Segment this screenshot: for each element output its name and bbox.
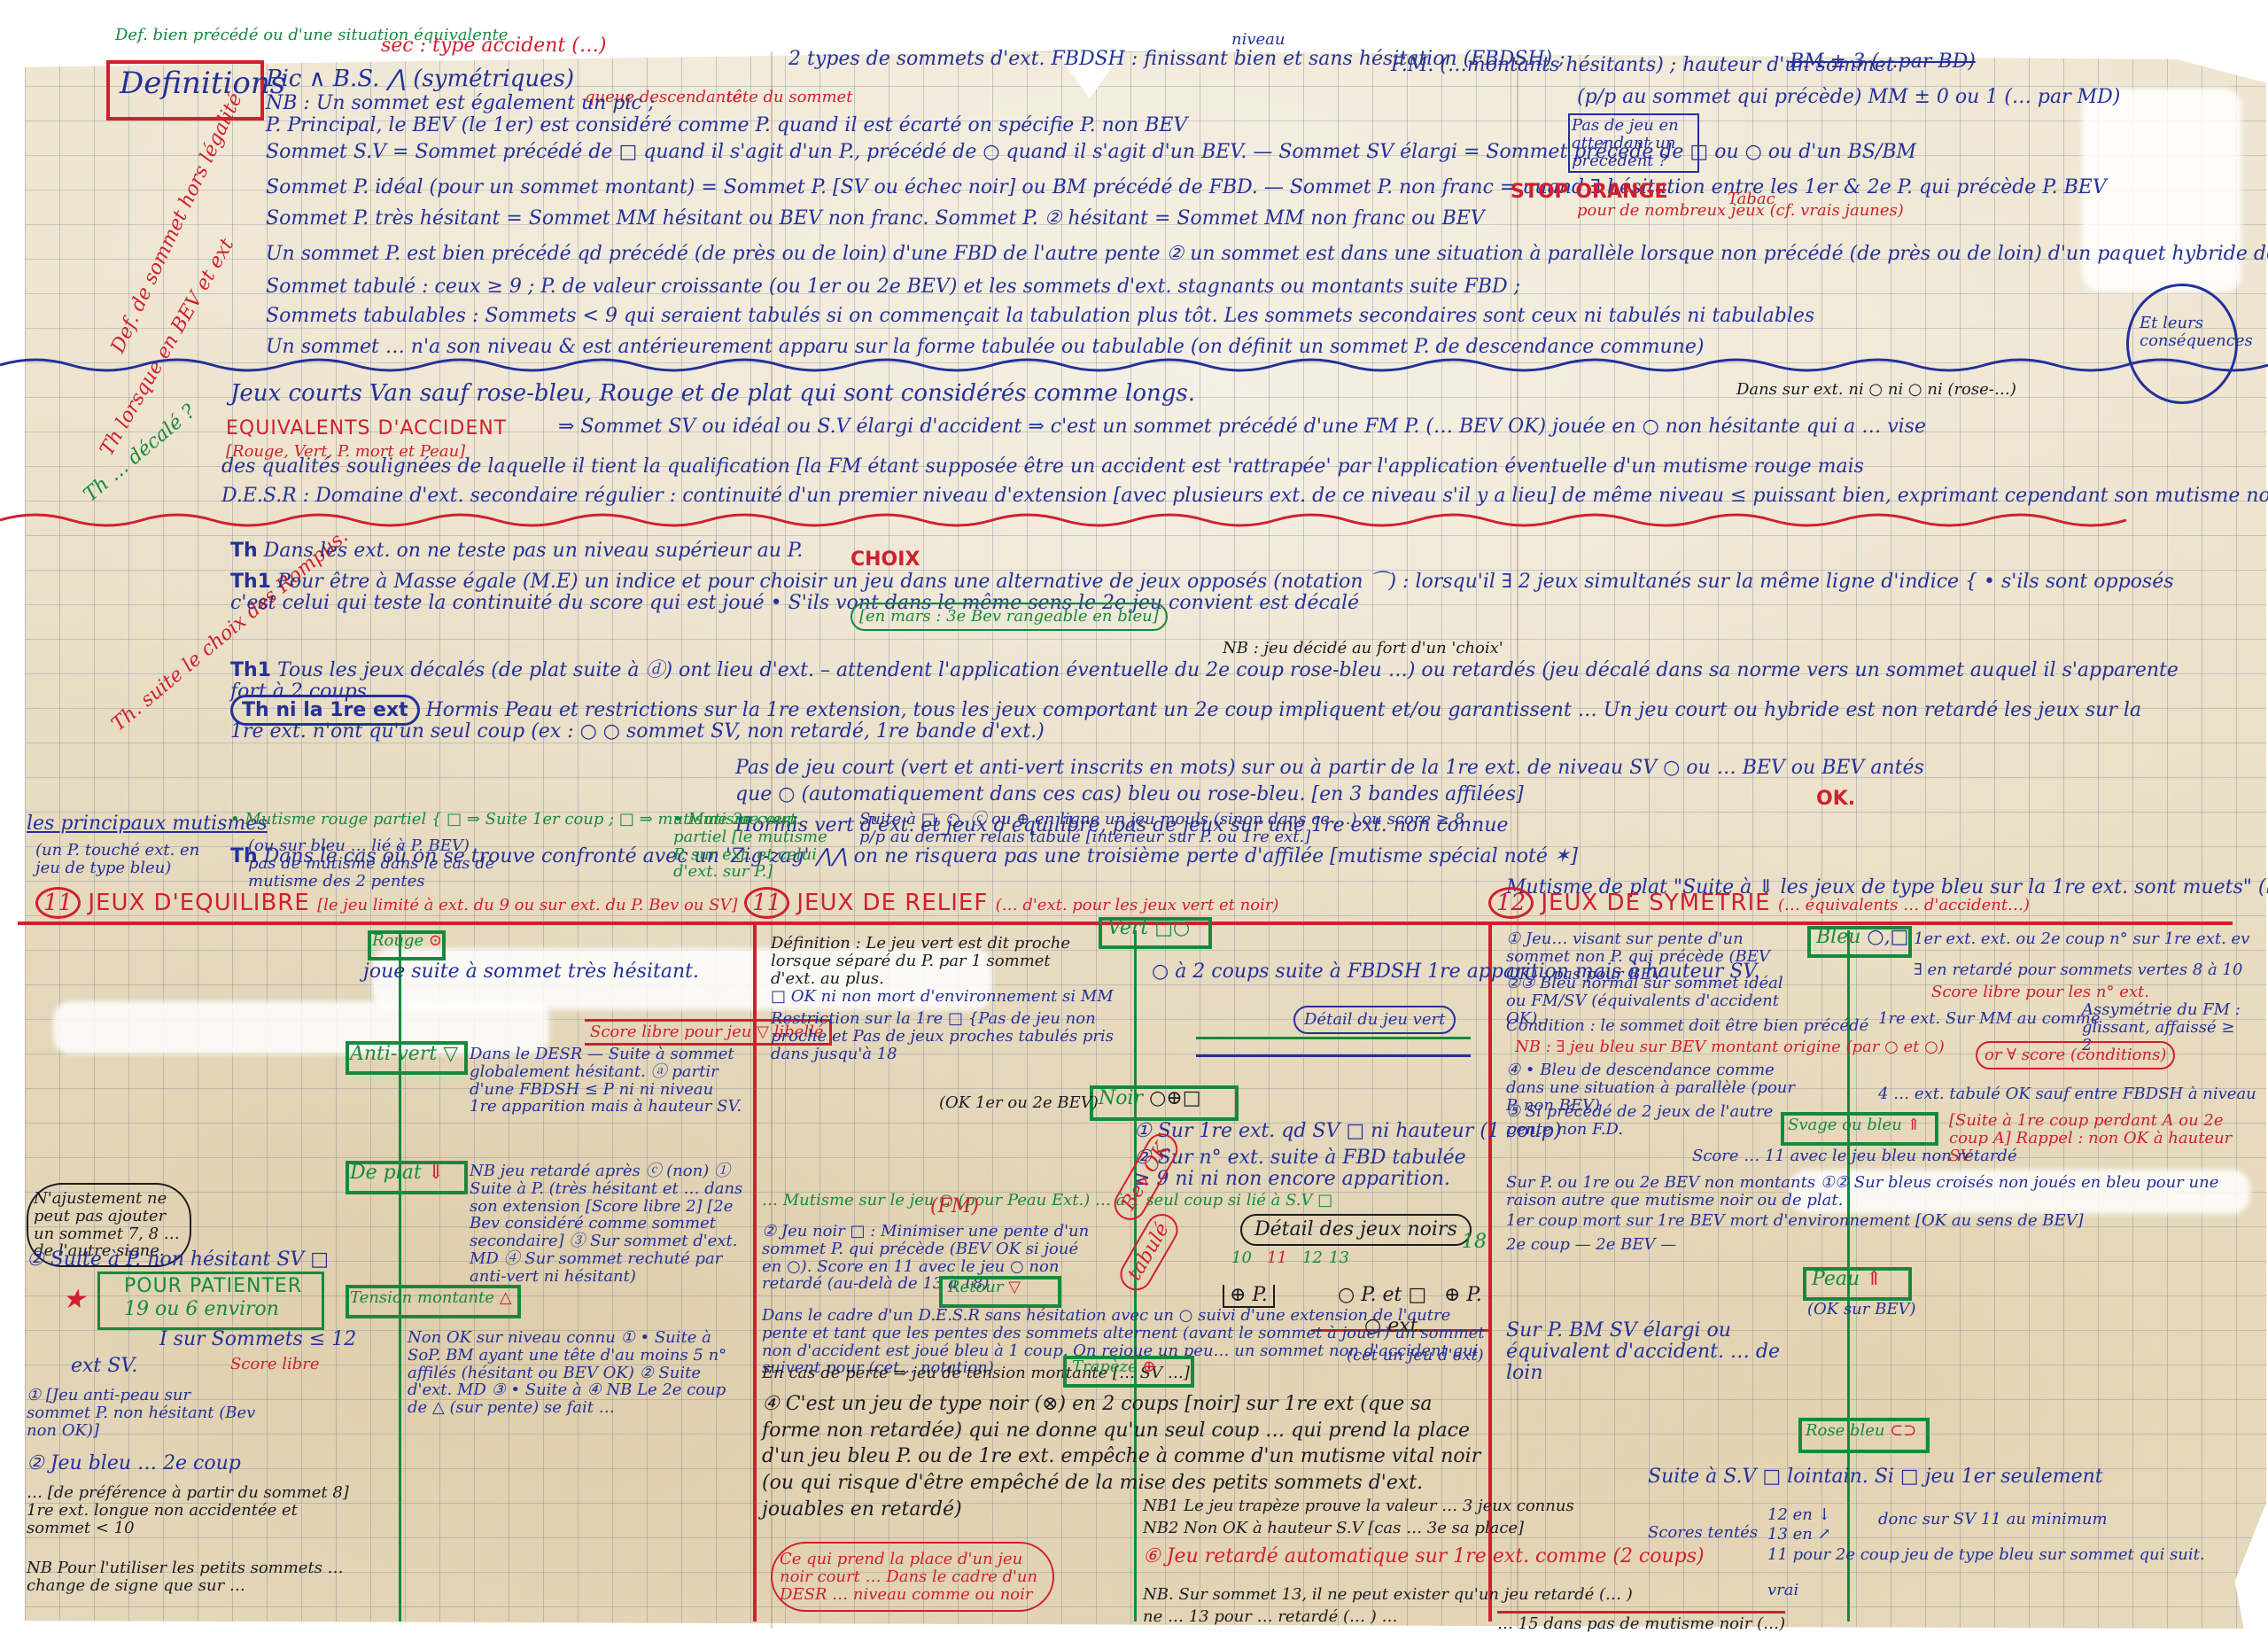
bleu-note-3: 2e coup — 2e BEV — (1506, 1236, 1676, 1254)
score-libre-red: Score libre (230, 1356, 320, 1373)
mutisme-ou-note: (ou sur bleu … lié à P. BEV) pas de muti… (248, 837, 496, 890)
score-item: 11 pour 2e coup jeu de type bleu sur som… (1767, 1546, 2205, 1564)
vert-diagram-arrow (1196, 1054, 1471, 1057)
retour-label: Retour ▽ (948, 1279, 1021, 1296)
noir-item: ① Sur 1re ext. qd SV □ ni hauteur (1 cou… (1134, 1121, 1561, 1142)
sv-item: … [de préférence à partir du sommet 8] 1… (27, 1484, 354, 1536)
or-sur-bubble: or ∀ score (conditions) (1976, 1041, 2175, 1069)
dans-ext-note: Dans sur ext. ni ○ ni ○ ni (rose-…) (1736, 381, 2016, 399)
trapeze-label: Trapèze ⊕ (1072, 1358, 1155, 1376)
red-bubble-note: Ce qui prend la place d'un jeu noir cour… (771, 1542, 1054, 1612)
definition-line: Sommet tabulé : ceux ≥ 9 ; P. de valeur … (266, 276, 1520, 298)
mutisme-vert-partiel: • Mutisme vert partiel [le mutisme P. su… (673, 811, 833, 881)
de-plat-text: NB jeu retardé après ⓒ (non) ① Suite à P… (470, 1163, 744, 1286)
bleu-item: Condition : le sommet doit être bien pré… (1506, 1017, 1868, 1035)
mutisme-suite-note: Suite à □, ○, ⓒ ou ⊕ en ligne un jeu mou… (859, 811, 1480, 846)
svage-label: Svage ou bleu ⇑ (1788, 1116, 1921, 1134)
vert-item: Restriction sur la 1re □ {Pas de jeu non… (771, 1010, 1143, 1062)
equilibre-green-axis (399, 930, 401, 1622)
bleu-item: NB : ∃ jeu bleu sur BEV montant origine … (1515, 1038, 1945, 1056)
score-item: 13 en ↗ (1767, 1526, 1831, 1544)
noir-item: … Mutisme sur le jeu ○ (pour Peau Ext.) … (762, 1192, 1332, 1209)
hauteur-bracket-2: (p/p au sommet qui précède) MM ± 0 ou 1 … (1577, 87, 2120, 108)
theorem-th1: Th1 Pour être à Masse égale (M.E) un ind… (230, 572, 2179, 614)
mutismes-sub: (un P. touché ext. en jeu de type bleu) (35, 842, 213, 877)
nb-choix-note: NB : jeu décidé au fort d'un 'choix' (1223, 640, 1503, 657)
bleu-note: Sur P. ou 1re ou 2e BEV non montants ①② … (1506, 1174, 2233, 1209)
en-mars-note: [en mars : 3e Bev rangeable en bleu] (850, 603, 1168, 631)
scores-label: Scores tentés (1648, 1524, 1758, 1542)
detail-jeux-noirs: Détail des jeux noirs (1240, 1214, 1472, 1246)
definitions-title: Definitions (120, 67, 285, 100)
theorem-th: Th Dans les ext. on ne teste pas un nive… (230, 541, 803, 562)
equivalents-line: des qualités soulignées de laquelle il t… (221, 456, 1864, 478)
diagram-tick: 12 (1302, 1249, 1323, 1267)
rose-bleu-note: Suite à S.V □ lointain. Si □ jeu 1er seu… (1648, 1466, 2103, 1488)
symetrie-right-item: 1re ext. Sur MM au comme (1878, 1010, 2101, 1028)
circled-note-text: Et leurs conséquences (2140, 315, 2219, 350)
pour-patienter-note: 19 ou 6 environ (124, 1299, 279, 1320)
tension-montante-label: Tension montante △ (350, 1289, 512, 1307)
niveau-label: niveau (1231, 31, 1285, 49)
sv-item: ① [Jeu anti-peau sur sommet P. non hésit… (27, 1387, 257, 1439)
equivalents-accident-label: EQUIVALENTS D'ACCIDENT (226, 418, 507, 439)
vert-diagram-arrow (1196, 1037, 1471, 1039)
ok-label: OK. (1816, 789, 1855, 810)
peau-label: Peau ⇑ (1812, 1269, 1883, 1290)
hauteur-bracket-1: BM ± 3 (…par BD) (1790, 51, 1976, 73)
nb-item: NB. Sur sommet 13, il ne peut exister qu… (1143, 1586, 1633, 1604)
red-wavy-divider (0, 509, 2126, 531)
theorem-line: Pas de jeu court (vert et anti-vert insc… (735, 758, 1924, 779)
rouge-text: joue suite à sommet très hésitant. (363, 961, 699, 983)
anti-vert-label: Anti-vert ▽ (350, 1044, 458, 1065)
noir-label: Noir ○⊕□ (1099, 1088, 1200, 1109)
peak-shapes: Pic ∧ B.S. ⋀ (symétriques) (266, 66, 574, 92)
section-header-symetrie: 12 JEUX DE SYMETRIE (… équivalents … d'a… (1488, 890, 2030, 916)
suite-p-note: ② Suite à P. non hésitant SV □ (27, 1249, 329, 1271)
relief-definition: Définition : Le jeu vert est dit proche … (771, 935, 1072, 987)
diagram-mid: ○ P. et □ (1338, 1285, 1426, 1306)
blue-wavy-divider (0, 354, 2268, 376)
sv-item: NB Pour l'utiliser les petits sommets … … (27, 1559, 363, 1595)
red-note-type-accident: sec : type accident (…) (381, 35, 606, 57)
score-line: Score … 11 avec le jeu bleu non retardé (1692, 1147, 2017, 1165)
definition-line: Sommet P. très hésitant = Sommet MM hési… (266, 208, 1485, 229)
nb-item: NB2 Non OK à hauteur S.V [cas … 3e sa pl… (1143, 1520, 1524, 1537)
definition-line: Un sommet P. est bien précédé qd précédé… (266, 244, 2268, 265)
choix-label: CHOIX (850, 549, 920, 571)
red-note-tete: tête du sommet (726, 89, 852, 106)
ok-bev-note: (OK 1er ou 2e BEV) (939, 1094, 1099, 1112)
symetrie-right-item: ∃ en retardé pour sommets vertes 8 à 10 (1914, 961, 2242, 979)
bleu-label: Bleu ○,□ (1816, 927, 1908, 948)
definition-line: Sommet P. idéal (pour un sommet montant)… (266, 177, 2107, 198)
bleu-item: ⑤ Si précédé de 2 jeux de l'autre pente … (1506, 1103, 1807, 1139)
anti-vert-text: Dans le DESR — Suite à sommet globalemen… (470, 1046, 744, 1116)
rouge-label: Rouge ⊙ (372, 932, 442, 950)
vert-label: Vert □○ (1107, 918, 1190, 939)
theorem-th1-decales: Th1 Tous les jeux décalés (de plat suite… (230, 660, 2179, 703)
definition-line: P. Principal, le BEV (le 1er) est consid… (266, 115, 1187, 136)
equivalents-line: ⇒ Sommet SV ou idéal ou S.V élargi d'acc… (558, 416, 1926, 438)
rose-bleu-label: Rose bleu ⊂⊃ (1806, 1422, 1916, 1440)
stop-orange-aside: Tabac (1728, 191, 1775, 208)
bottom-black-note: ne … 13 pour … retardé (… ) … (1143, 1608, 1398, 1626)
symetrie-right-item: 1er ext. ext. ou 2e coup n° sur 1re ext.… (1914, 930, 2249, 948)
star-icon: ★ (62, 1285, 86, 1314)
nb-item: NB1 Le jeu trapèze prouve la valeur … 3 … (1143, 1497, 1574, 1515)
noir-item: ② Sur n° ext. suite à FBD tabulée ≥ 9 ni… (1134, 1147, 1488, 1190)
peau-note: (OK sur BEV) (1807, 1301, 1916, 1318)
nb-item: ⑥ Jeu retardé automatique sur 1re ext. c… (1143, 1546, 1705, 1567)
bleu-note-2: 1er coup mort sur 1re BEV mort d'environ… (1506, 1212, 2084, 1230)
section-header-relief: 11 JEUX DE RELIEF (… d'ext. pour les jeu… (744, 890, 1278, 916)
pour-patienter-label: POUR PATIENTER (124, 1276, 302, 1297)
de-plat-label: De plat ⇓ (350, 1163, 444, 1184)
vrai-label: vrai (1767, 1582, 1798, 1599)
jeux-courts-line: Jeux courts Van sauf rose-bleu, Rouge et… (230, 381, 1195, 407)
fm-note: (FM) (930, 1196, 979, 1217)
score-item: 12 en ↓ (1767, 1506, 1831, 1524)
theorem-th-1re-ext: Th ni la 1re ext Hormis Peau et restrict… (230, 700, 2179, 743)
symetrie-right-item: 4 … ext. tabulé OK sauf entre FBDSH à ni… (1878, 1085, 2256, 1103)
diagram-left: ⊕ P. (1223, 1285, 1275, 1308)
stop-orange-label: STOP ORANGE (1511, 182, 1668, 203)
sv-item: ② Jeu bleu … 2e coup (27, 1453, 241, 1474)
scores-note: donc sur SV 11 au minimum (1878, 1511, 2108, 1528)
symetrie-right-item: Score libre pour les n° ext. (1931, 984, 2149, 1001)
theorem-line: que ○ (automatiquement dans ces cas) ble… (735, 784, 1524, 805)
diagram-tick: 13 (1329, 1249, 1349, 1267)
detail-jeu-vert: Détail du jeu vert (1293, 1006, 1456, 1034)
definition-line: NB : Un sommet est également un pic ; (266, 93, 655, 114)
section-header-equilibre: 11 JEUX D'EQUILIBRE [le jeu limité à ext… (35, 890, 737, 916)
diagram-tick: 10 (1231, 1249, 1252, 1267)
vert-item: □ OK ni non mort d'environnement si MM (771, 988, 1114, 1006)
ext-sv-label: ext SV. (71, 1356, 137, 1377)
column-divider-red (1488, 922, 1492, 1622)
desr-definition: D.E.S.R : Domaine d'ext. secondaire régu… (221, 486, 2268, 507)
diagram-tick: 11 (1267, 1249, 1287, 1267)
sur-p-note: Sur P. BM SV élargi ou équivalent d'acci… (1506, 1320, 1798, 1385)
diagram-right: ⊕ P. (1444, 1285, 1482, 1306)
tension-montante-text: Non OK sur niveau connu ① • Suite à SoP.… (408, 1329, 744, 1417)
bottom-red-note: … 15 dans pas de mutisme noir (…) (1497, 1611, 1785, 1633)
definition-line: Sommets tabulables : Sommets < 9 qui ser… (266, 306, 1814, 327)
definition-line: Sommet S.V = Sommet précédé de □ quand i… (266, 142, 1916, 163)
theorem-tag: Th (230, 540, 258, 562)
sommets-note: I sur Sommets ≤ 12 (159, 1329, 356, 1350)
diagram-tick: 18 (1462, 1232, 1487, 1253)
